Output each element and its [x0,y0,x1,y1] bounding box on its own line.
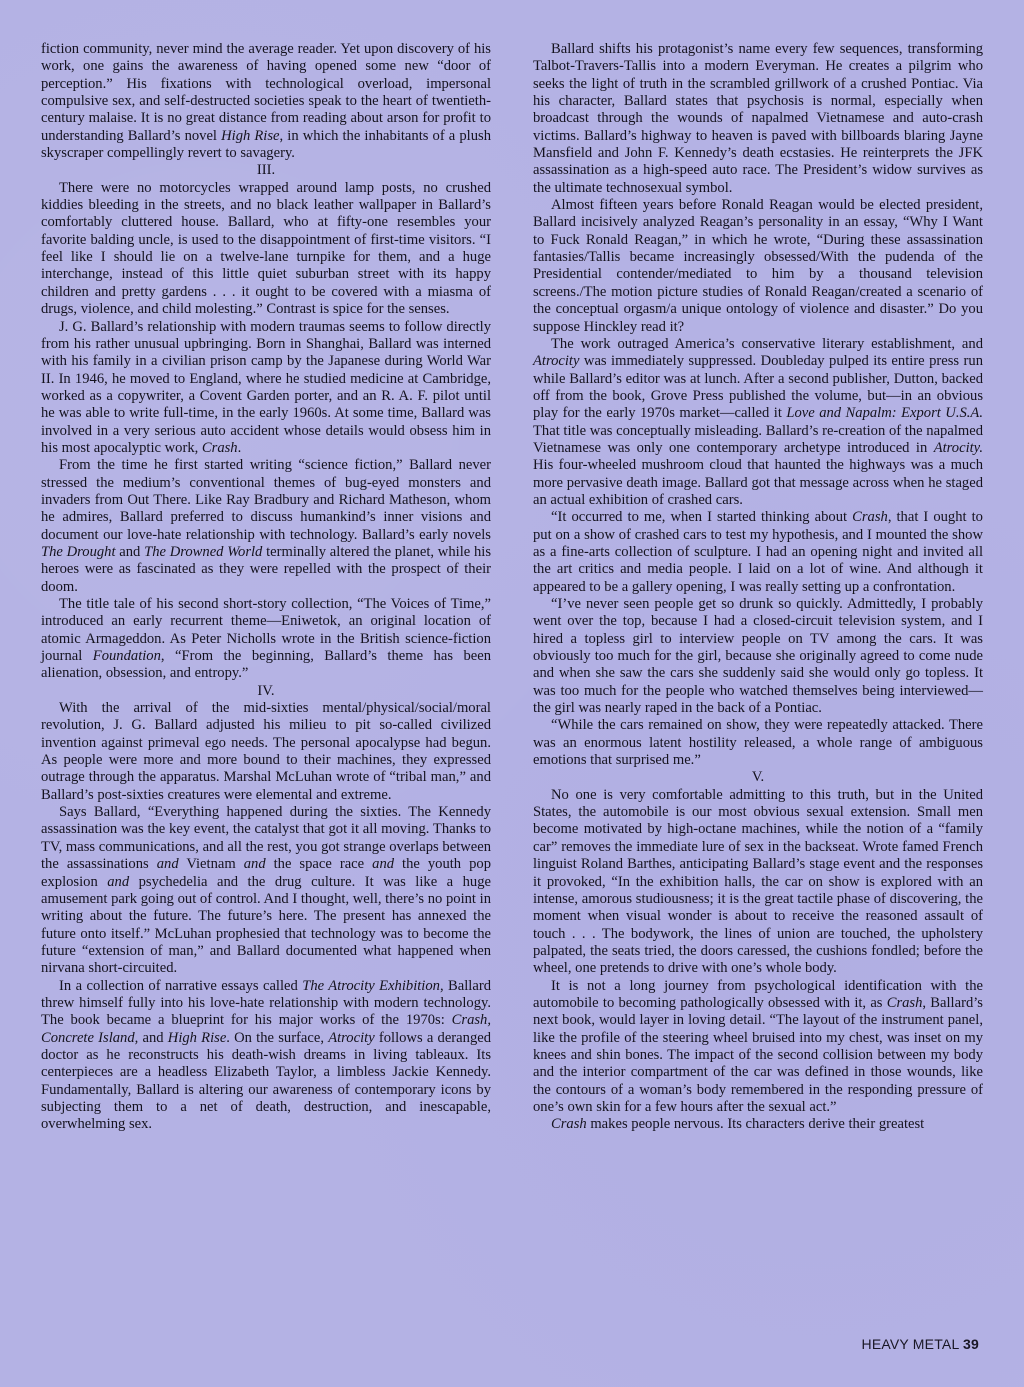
paragraph: Crash makes people nervous. Its characte… [533,1116,983,1133]
paragraph: Says Ballard, “Everything happened durin… [41,804,491,977]
emphasis: and [244,856,266,872]
text: Vietnam [179,856,244,872]
book-title: High Rise [168,1030,227,1046]
paragraph: The work outraged America’s conservative… [533,336,983,509]
emphasis: and [372,856,394,872]
text: , Ballard’s next book, would layer in lo… [533,995,983,1115]
paragraph-intro: fiction community, never mind the averag… [41,41,491,162]
text: and [138,1030,167,1046]
left-column: fiction community, never mind the averag… [41,41,491,1134]
right-column: Ballard shifts his protagonist’s name ev… [533,41,983,1134]
book-title: High Rise [221,128,279,144]
paragraph: No one is very comfortable admitting to … [533,787,983,978]
book-title: Atrocity. [934,440,983,456]
text: His four-wheeled mushroom cloud that hau… [533,457,983,508]
text: and [116,544,145,560]
paragraph: The title tale of his second short-story… [41,596,491,683]
emphasis: and [157,856,179,872]
emphasis: and [107,874,129,890]
text: . On the surface, [226,1030,328,1046]
book-title: The Atrocity Exhibition [302,978,440,994]
paragraph: It is not a long journey from psychologi… [533,978,983,1117]
page-footer: HEAVY METAL 39 [862,1336,979,1352]
section-heading-iv: IV. [41,683,491,700]
magazine-name: HEAVY METAL [862,1336,959,1352]
book-title: Crash [202,440,238,456]
text: the space race [266,856,373,872]
paragraph: Ballard shifts his protagonist’s name ev… [533,41,983,197]
book-title: Crash [887,995,923,1011]
paragraph: There were no motorcycles wrapped around… [41,180,491,319]
paragraph: “I’ve never seen people get so drunk so … [533,596,983,717]
section-heading-iii: III. [41,162,491,179]
section-heading-v: V. [533,769,983,786]
paragraph: Almost fifteen years before Ronald Reaga… [533,197,983,336]
text: J. G. Ballard’s relationship with modern… [41,319,491,456]
text: makes people nervous. Its characters der… [587,1116,925,1132]
book-title: Crash [551,1116,587,1132]
text: . [238,440,242,456]
paragraph: “While the cars remained on show, they w… [533,717,983,769]
magazine-page: fiction community, never mind the averag… [0,0,1024,1387]
journal-title: Foundation [93,648,161,664]
text: The work outraged America’s conservative… [551,336,983,352]
text: That title was conceptually misleading. … [533,423,983,456]
text: “It occurred to me, when I started think… [551,509,852,525]
book-title: The Drowned World [144,544,262,560]
book-title: Love and Napalm: Export U.S.A. [786,405,983,421]
page-number: 39 [963,1336,979,1352]
book-title: The Drought [41,544,116,560]
book-title: Atrocity [533,353,579,369]
book-title: Atrocity [328,1030,374,1046]
text: From the time he first started writing “… [41,457,491,542]
paragraph: “It occurred to me, when I started think… [533,509,983,596]
paragraph: From the time he first started writing “… [41,457,491,596]
paragraph: J. G. Ballard’s relationship with modern… [41,319,491,458]
book-title: Crash [852,509,888,525]
paragraph: With the arrival of the mid-sixties ment… [41,700,491,804]
paragraph: In a collection of narrative essays call… [41,978,491,1134]
text: In a collection of narrative essays call… [59,978,302,994]
